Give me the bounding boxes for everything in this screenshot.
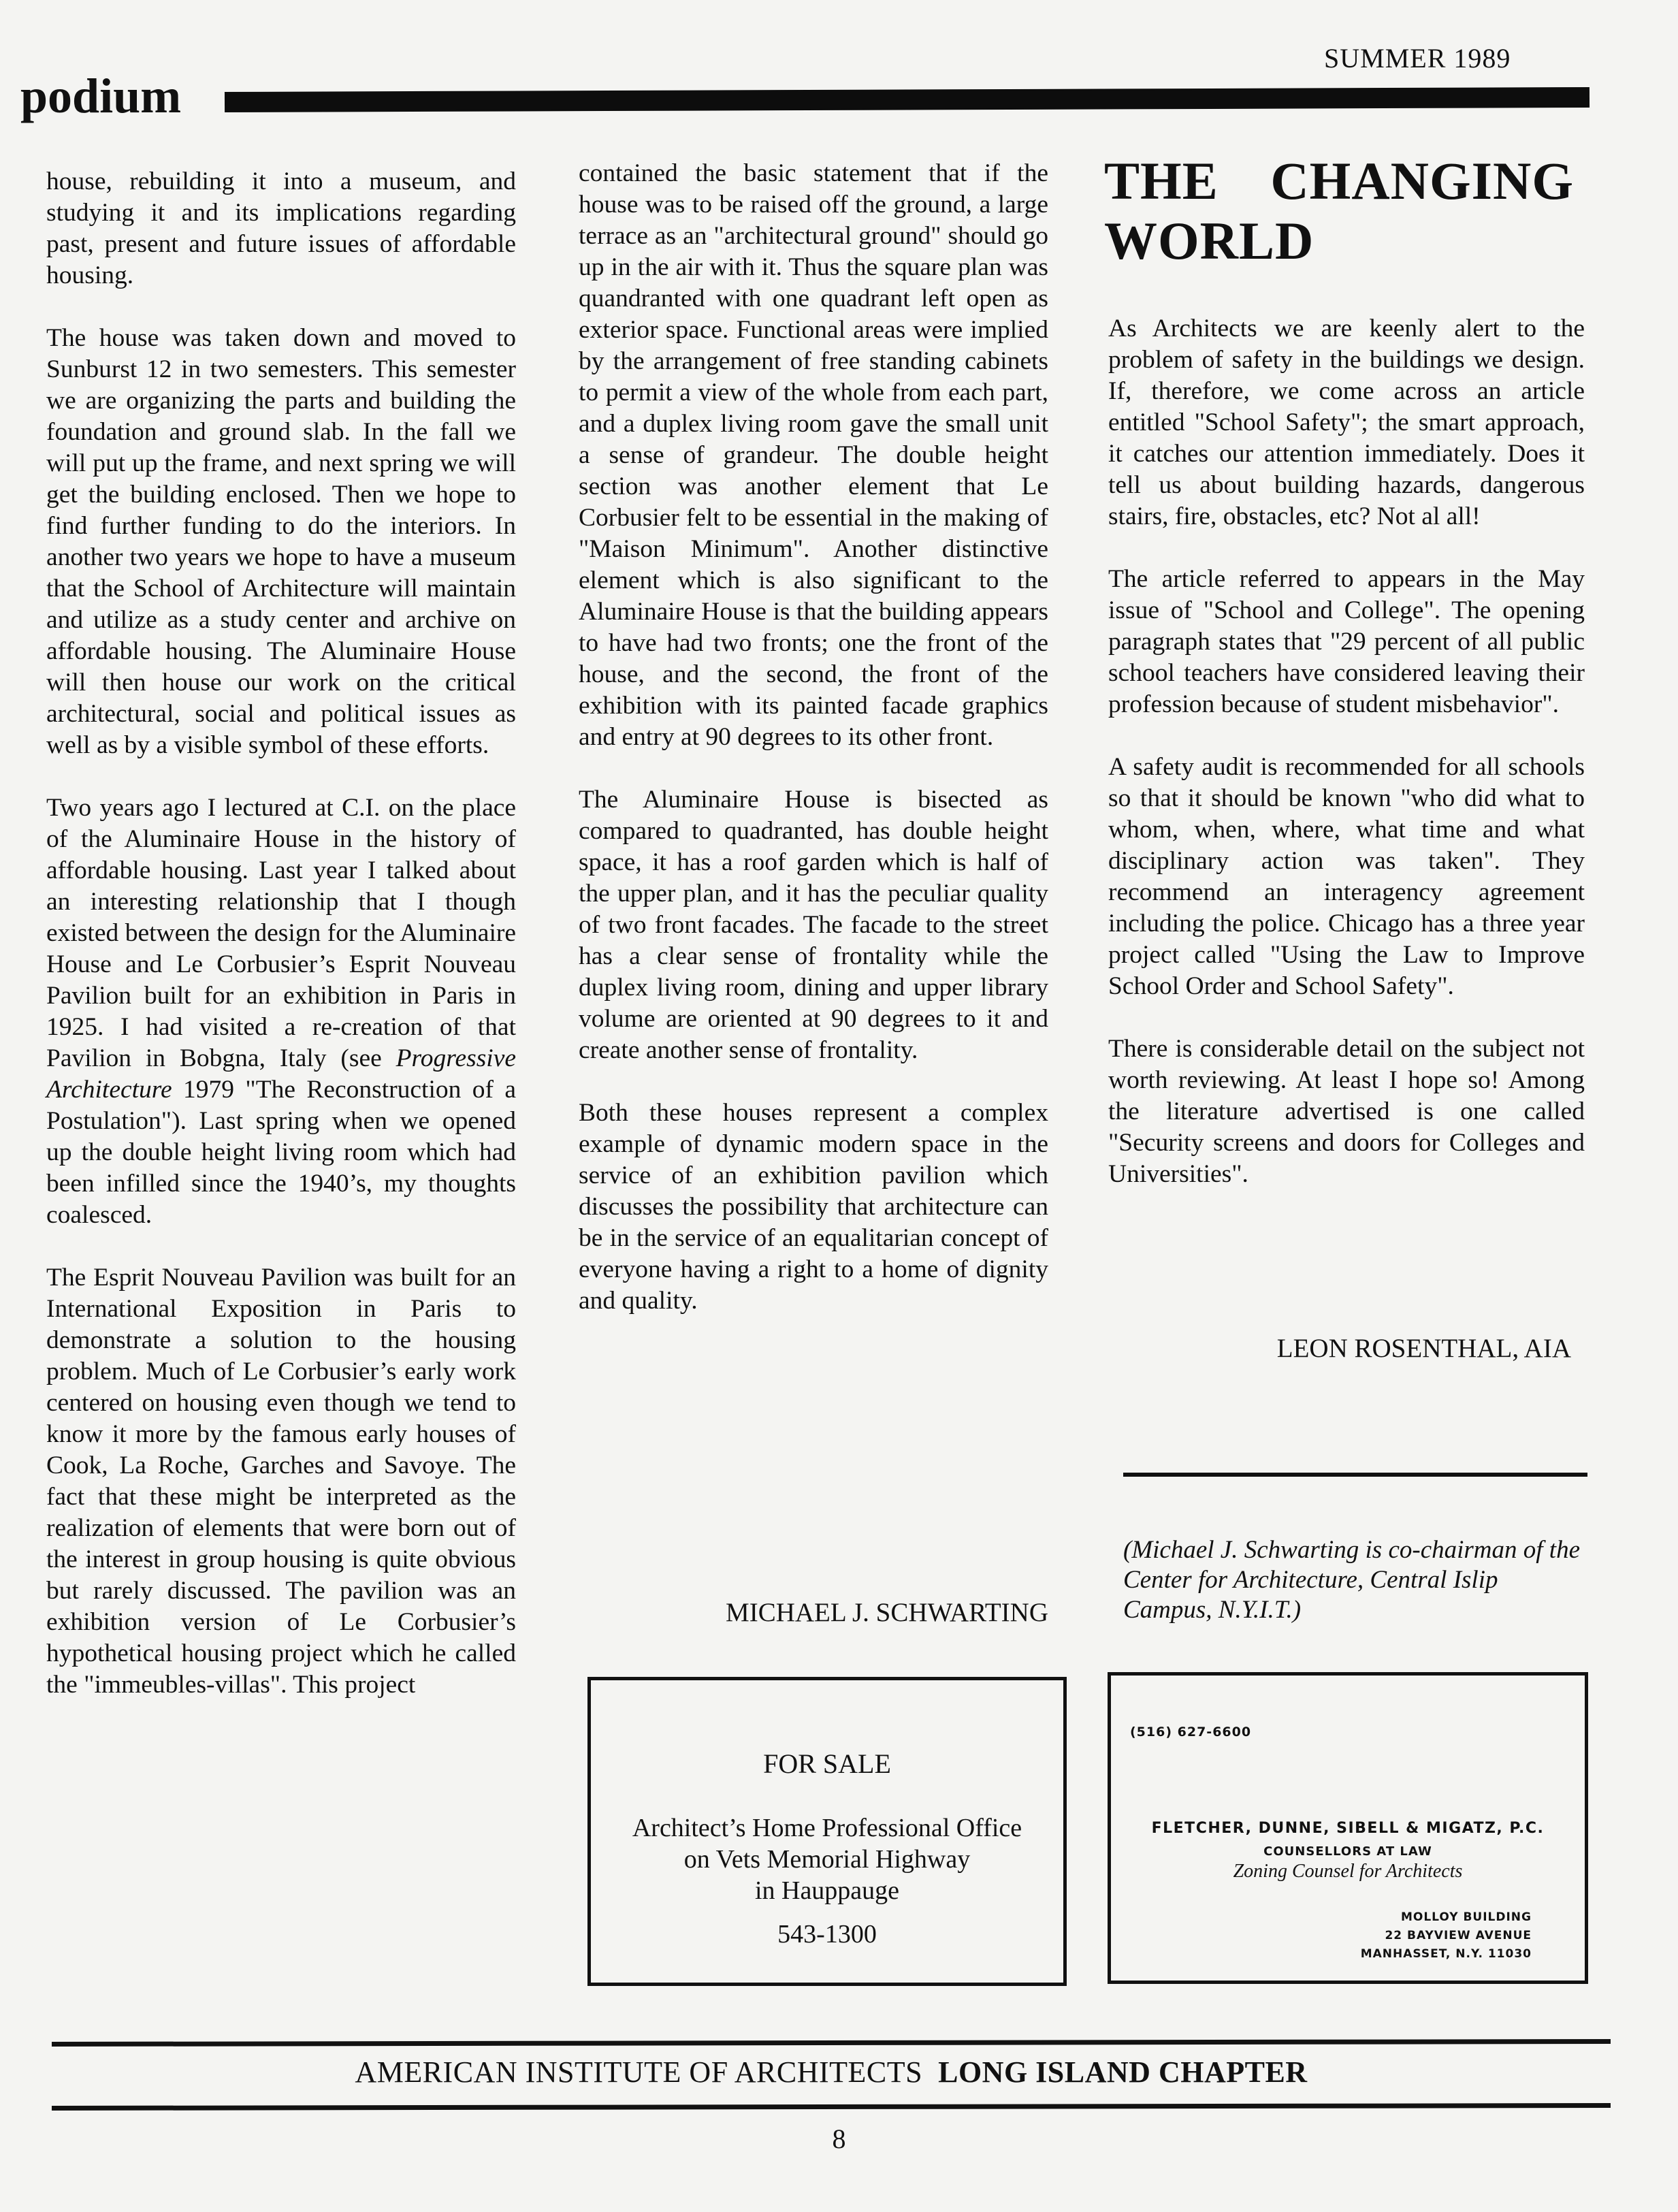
address-line: 22 BAYVIEW AVENUE	[1361, 1927, 1532, 1945]
ad-phone: (516) 627-6600	[1130, 1725, 1251, 1740]
firm-subtitle: COUNSELLORS AT LAW	[1111, 1844, 1585, 1859]
chapter-name: LONG ISLAND CHAPTER	[938, 2055, 1307, 2089]
footer-organization: AMERICAN INSTITUTE OF ARCHITECTS LONG IS…	[52, 2055, 1611, 2089]
paragraph: There is considerable detail on the subj…	[1108, 1033, 1585, 1190]
paragraph: The house was taken down and moved to Su…	[46, 323, 516, 761]
title-word: THE	[1104, 151, 1219, 211]
footer-rule-top	[52, 2039, 1611, 2047]
address-line: MOLLOY BUILDING	[1361, 1908, 1532, 1927]
divider-rule	[1123, 1473, 1587, 1477]
for-sale-ad: FOR SALE Architect’s Home Professional O…	[587, 1677, 1067, 1986]
paragraph: As Architects we are keenly alert to the…	[1108, 313, 1585, 532]
paragraph: A safety audit is recommended for all sc…	[1108, 752, 1585, 1002]
byline-schwarting: MICHAEL J. SCHWARTING	[579, 1597, 1048, 1629]
ad-line: in Hauppauge	[591, 1875, 1063, 1906]
ad-headline: FOR SALE	[591, 1748, 1063, 1780]
middle-column: contained the basic statement that if th…	[579, 158, 1048, 1317]
author-bio: (Michael J. Schwarting is co-chairman of…	[1123, 1535, 1593, 1625]
footer-rule-bottom	[52, 2103, 1611, 2111]
paragraph-text: Two years ago I lectured at C.I. on the …	[46, 794, 516, 1072]
paragraph: Both these houses represent a complex ex…	[579, 1097, 1048, 1317]
masthead-title: podium	[20, 71, 181, 121]
paragraph: house, rebuilding it into a museum, and …	[46, 166, 516, 291]
firm-address: MOLLOY BUILDING 22 BAYVIEW AVENUE MANHAS…	[1361, 1908, 1532, 1963]
article-title: THECHANGING WORLD	[1104, 151, 1574, 271]
title-word: WORLD	[1104, 211, 1574, 271]
paragraph: The Esprit Nouveau Pavilion was built fo…	[46, 1262, 516, 1701]
page-number: 8	[0, 2123, 1678, 2155]
left-column: house, rebuilding it into a museum, and …	[46, 166, 516, 1701]
paragraph: Two years ago I lectured at C.I. on the …	[46, 792, 516, 1231]
ad-line: Architect’s Home Professional Office	[591, 1812, 1063, 1844]
paragraph: contained the basic statement that if th…	[579, 158, 1048, 753]
paragraph: The Aluminaire House is bisected as comp…	[579, 784, 1048, 1066]
issue-date: SUMMER 1989	[1324, 42, 1511, 74]
firm-tagline: Zoning Counsel for Architects	[1111, 1861, 1585, 1882]
law-firm-ad: (516) 627-6600 FLETCHER, DUNNE, SIBELL &…	[1108, 1672, 1588, 1984]
byline-rosenthal: LEON ROSENTHAL, AIA	[1108, 1333, 1571, 1364]
right-column: As Architects we are keenly alert to the…	[1108, 313, 1585, 1190]
ad-line: on Vets Memorial Highway	[591, 1844, 1063, 1875]
address-line: MANHASSET, N.Y. 11030	[1361, 1945, 1532, 1963]
title-word: CHANGING	[1270, 151, 1574, 211]
ad-phone: 543-1300	[591, 1919, 1063, 1950]
masthead-rule	[225, 87, 1590, 112]
paragraph: The article referred to appears in the M…	[1108, 564, 1585, 720]
firm-name: FLETCHER, DUNNE, SIBELL & MIGATZ, P.C.	[1111, 1820, 1585, 1837]
organization-name: AMERICAN INSTITUTE OF ARCHITECTS	[355, 2055, 922, 2089]
